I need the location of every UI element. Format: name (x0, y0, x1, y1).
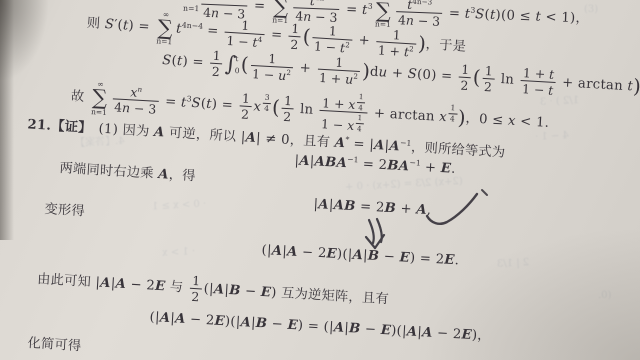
show-through-ghost-text: · 1 > x (162, 246, 196, 259)
handwritten-tick (482, 190, 487, 195)
multiply-both-sides-line: 两端同时右边乘 A，得 (59, 161, 196, 186)
show-through-ghost-text: (2+x) 2/3 = (2+x) · 0 + (345, 176, 463, 193)
show-through-ghost-text: (3) (584, 4, 598, 15)
simplify-label: 化简可得 (27, 336, 82, 356)
photo-vignette (420, 230, 640, 360)
handwritten-checkmark (427, 194, 477, 224)
page-corner-shadow (0, 0, 48, 80)
handwritten-arrow-down (366, 219, 384, 248)
equation-aab: |A|AB = 2B + A, (313, 197, 432, 220)
show-through-ghost-text: · 0 > x ≥ 1 (152, 199, 207, 213)
textbook-photo: n=1 4n − 3 = ∞∑n=1t4n4n − 3 = t3∞∑n=1t4n… (0, 0, 640, 360)
show-through-ghost-text: 4.【答案】 (75, 132, 125, 150)
transform-label: 变形得 (44, 202, 85, 221)
show-through-ghost-text: 1/2 ) · 3 (540, 95, 580, 108)
show-through-ghost-text: 4 − 1 · (535, 130, 569, 143)
inverse-matrices-line: 由此可知 |A|A − 2E 与 12(|A|B − E) 互为逆矩阵，且有 (36, 265, 389, 314)
